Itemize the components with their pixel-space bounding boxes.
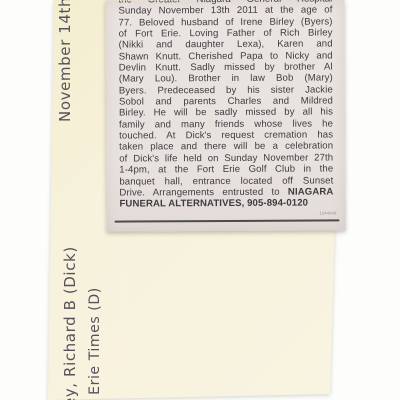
obituary-text-segment: banquet hall, entrance located off Sunse… xyxy=(119,175,333,187)
obituary-bold-text: NIAGARA xyxy=(288,186,334,197)
obituary-text-segment: Sobol and parents Charles and Mildred xyxy=(119,96,333,108)
obituary-text-segment: touched. At Dick's request cremation has xyxy=(119,130,333,142)
obituary-bold-text: FUNERAL ALTERNATIVES, xyxy=(119,198,247,210)
obituary-text-segment: of Dick's life held on Sunday November 2… xyxy=(119,152,333,164)
clipping-bottom-rule xyxy=(115,219,340,222)
handwritten-name-note: ey, Richard B (Dick) xyxy=(61,246,79,400)
handwritten-source-note: t Erie Times (D) xyxy=(87,287,103,400)
obituary-text-segment: 1-4pm, at the Fort Erie Golf Club in the xyxy=(119,164,333,176)
obituary-text-segment: 77. Beloved husband of Irene Birley (Bye… xyxy=(118,16,332,28)
obituary-bold-text: 905-894-0120 xyxy=(247,198,308,209)
obituary-text-segment: family and many friends whose lives he xyxy=(119,118,333,130)
obituary-text-segment: Birley. He will be sadly missed by all h… xyxy=(119,107,333,119)
obituary-text-segment: (Mary Lou). Brother in law Bob (Mary) xyxy=(119,73,333,85)
obituary-text-segment: Byers. Predeceased by his sister Jackie xyxy=(119,84,333,96)
obituary-text: the Greater Niagara General HospitalSund… xyxy=(118,0,333,210)
clipping-id-number: 1244649 xyxy=(320,210,337,215)
obituary-text-segment: taken place and there will be a celebrat… xyxy=(119,141,333,153)
handwritten-date-note: November 14th xyxy=(56,0,74,122)
obituary-text-segment: Sunday November 13th 2011 at the age of xyxy=(118,5,332,17)
obituary-text-segment: of Fort Erie. Loving Father of Rich Birl… xyxy=(119,27,333,39)
obituary-text-segment: (Nikki and daughter Lexa), Karen and xyxy=(119,39,333,51)
obituary-text-segment: Drive. Arrangements entrusted to xyxy=(119,187,288,199)
obituary-line: FUNERAL ALTERNATIVES, 905-894-0120 xyxy=(119,198,333,210)
newspaper-clipping: the Greater Niagara General HospitalSund… xyxy=(105,0,345,232)
obituary-text-segment: Devlin Knutt. Sadly missed by brother Al xyxy=(119,62,333,74)
obituary-text-segment: Shawn Knutt. Cherished Papa to Nicky and xyxy=(119,50,333,62)
